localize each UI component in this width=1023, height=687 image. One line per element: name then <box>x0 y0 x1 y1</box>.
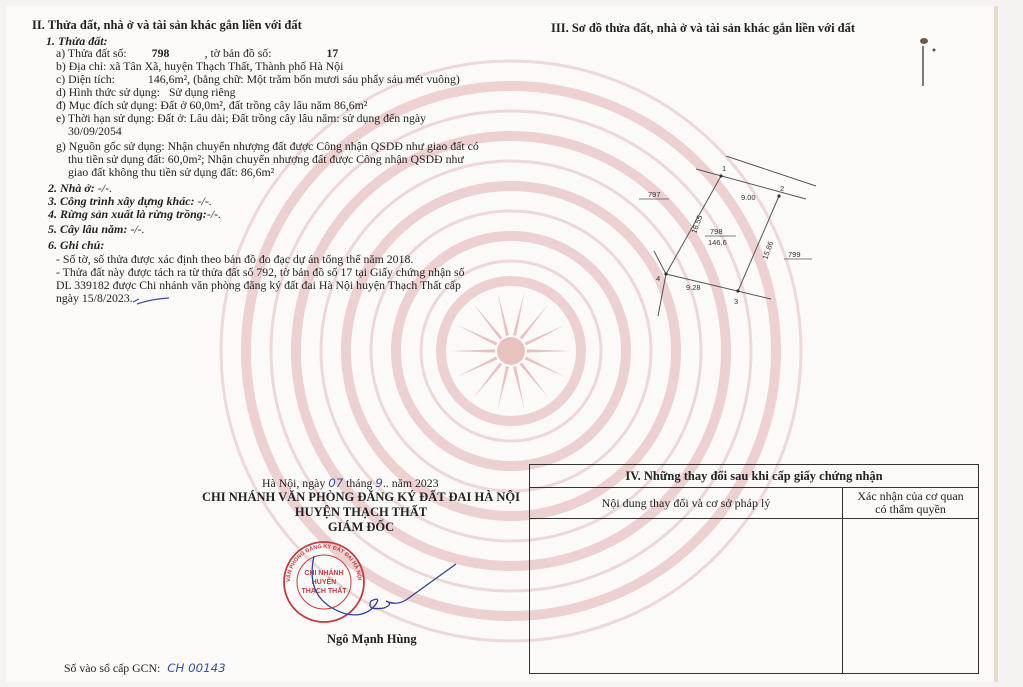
section-4-title: IV. Những thay đổi sau khi cấp giấy chứn… <box>530 465 979 488</box>
signer-title: GIÁM ĐỐC <box>196 520 526 535</box>
changes-column-header: Nội dung thay đổi và cơ sở pháp lý <box>530 488 843 519</box>
notes-heading: 6. Ghi chú: <box>48 238 104 253</box>
origin-value-line2: thu tiền sử dụng đất: 60,0m²; Nhận chuyể… <box>68 153 464 166</box>
forest-row: 4. Rừng sản xuất là rừng trồng:-/-. <box>48 207 221 222</box>
diagram-parcel-number: 798 <box>710 227 723 236</box>
parcel-number-label: a) Thửa đất số: <box>56 46 127 60</box>
section-2-title: II. Thửa đất, nhà ở và tài sản khác gắn … <box>32 18 302 33</box>
confirmation-header-line2: có thẩm quyền <box>849 503 972 516</box>
address-label: b) Địa chỉ: <box>56 59 106 73</box>
date-month-label: tháng <box>346 476 372 490</box>
forest-value: -/-. <box>207 207 221 221</box>
usage-purpose-label: đ) Mục đích sử dụng: <box>56 98 157 112</box>
origin-value-line3: giao đất không thu tiền sử dụng đất: 86,… <box>68 166 274 179</box>
section-3-title: III. Sơ đồ thửa đất, nhà ở và tài sản kh… <box>551 21 855 36</box>
origin-label: g) Nguồn gốc sử dụng: <box>56 139 165 153</box>
origin-value: Nhận chuyển nhượng đất được Công nhận QS… <box>168 139 479 153</box>
usage-term-label: e) Thời hạn sử dụng: <box>56 111 154 125</box>
trees-row: 5. Cây lâu năm: -/-. <box>48 222 145 237</box>
map-sheet-label: , tờ bản đồ số: <box>205 46 272 60</box>
signer-name: Ngô Mạnh Hùng <box>327 632 417 647</box>
registry-value: CH 00143 <box>167 661 225 675</box>
usage-form-label: d) Hình thức sử dụng: <box>56 85 160 99</box>
parcel-number-value: 798 <box>152 47 202 60</box>
edge-2-3: 15.86 <box>760 240 775 261</box>
parcel-number-row: a) Thửa đất số: 798 , tờ bản đồ số: 17 <box>56 47 338 60</box>
changes-content-cell <box>530 519 843 674</box>
note-line: ngày 15/8/2023. <box>56 292 133 305</box>
construction-value: -/-. <box>198 194 212 208</box>
confirmation-column-header: Xác nhận của cơ quan có thẩm quyền <box>843 488 979 519</box>
org-line-1: CHI NHÁNH VĂN PHÒNG ĐĂNG KÝ ĐẤT ĐAI HÀ N… <box>196 490 526 505</box>
note-line: - Số tờ, số thửa được xác định theo bản … <box>56 253 413 266</box>
edge-3-4: 9.28 <box>686 283 701 292</box>
map-sheet-value: 17 <box>326 46 338 60</box>
confirmation-cell <box>843 519 979 674</box>
neighbor-799: 799 <box>788 250 801 259</box>
neighbor-797: 797 <box>648 190 661 199</box>
date-day: 07 <box>328 476 343 490</box>
area-value: 146,6m², (bằng chữ: Một trăm bốn mươi sá… <box>148 72 460 86</box>
address-value: xã Tân Xã, huyện Thạch Thất, Thành phố H… <box>109 59 343 73</box>
note-line: - Thửa đất này được tách ra từ thửa đất … <box>56 266 465 279</box>
usage-term-row: e) Thời hạn sử dụng: Đất ở: Lâu dài; Đất… <box>56 112 426 125</box>
org-line-2: HUYỆN THẠCH THẤT <box>196 505 526 520</box>
issue-date: Hà Nội, ngày 07 tháng 9.. năm 2023 <box>262 477 439 490</box>
address-row: b) Địa chỉ: xã Tân Xã, huyện Thạch Thất,… <box>56 60 343 73</box>
house-value: -/-. <box>98 181 112 195</box>
trees-label: 5. Cây lâu năm: <box>48 222 127 236</box>
usage-term-date: 30/09/2054 <box>68 125 122 138</box>
certificate-page: II. Thửa đất, nhà ở và tài sản khác gắn … <box>6 6 994 682</box>
parcel-diagram: 1 2 3 4 9.00 9.28 16.55 15.86 797 799 79… <box>636 156 836 321</box>
construction-label: 3. Công trình xây dựng khác: <box>48 194 195 208</box>
signature-scribble-icon <box>306 556 466 626</box>
usage-form-value: Sử dụng riêng <box>169 85 236 99</box>
vertex-1: 1 <box>722 164 726 173</box>
date-prefix: Hà Nội, ngày <box>262 476 325 490</box>
usage-purpose-value: Đất ở 60,0m², đất trồng cây lâu năm 86,6… <box>160 98 367 112</box>
ink-blot-icon <box>916 36 946 91</box>
registry-number-row: Số vào sổ cấp GCN: CH 00143 <box>64 662 226 675</box>
area-label: c) Diện tích: <box>56 72 115 86</box>
trees-value: -/-. <box>130 222 144 236</box>
vertex-4: 4 <box>656 274 660 283</box>
date-year: năm 2023 <box>392 476 439 490</box>
usage-purpose-row: đ) Mục đích sử dụng: Đất ở 60,0m², đất t… <box>56 99 367 112</box>
registry-label: Số vào sổ cấp GCN: <box>64 661 160 675</box>
date-month: 9 <box>375 476 383 490</box>
note-line: DL 339182 được Chi nhánh văn phòng đăng … <box>56 279 461 292</box>
edge-1-2: 9.00 <box>741 193 756 202</box>
page-edge <box>994 6 998 682</box>
house-label: 2. Nhà ở: <box>48 181 95 195</box>
forest-label: 4. Rừng sản xuất là rừng trồng: <box>48 207 207 221</box>
usage-term-value: Đất ở: Lâu dài; Đất trồng cây lâu năm: s… <box>157 111 426 125</box>
handwritten-mark-icon <box>131 296 171 306</box>
origin-row: g) Nguồn gốc sử dụng: Nhận chuyển nhượng… <box>56 140 479 153</box>
diagram-parcel-area: 146,6 <box>708 238 727 247</box>
changes-table: IV. Những thay đổi sau khi cấp giấy chứn… <box>529 464 979 674</box>
usage-form-row: d) Hình thức sử dụng: Sử dụng riêng <box>56 86 236 99</box>
vertex-3: 3 <box>734 297 738 306</box>
area-row: c) Diện tích: 146,6m², (bằng chữ: Một tr… <box>56 73 460 86</box>
edge-4-1: 16.55 <box>689 214 704 235</box>
vertex-2: 2 <box>780 184 784 193</box>
